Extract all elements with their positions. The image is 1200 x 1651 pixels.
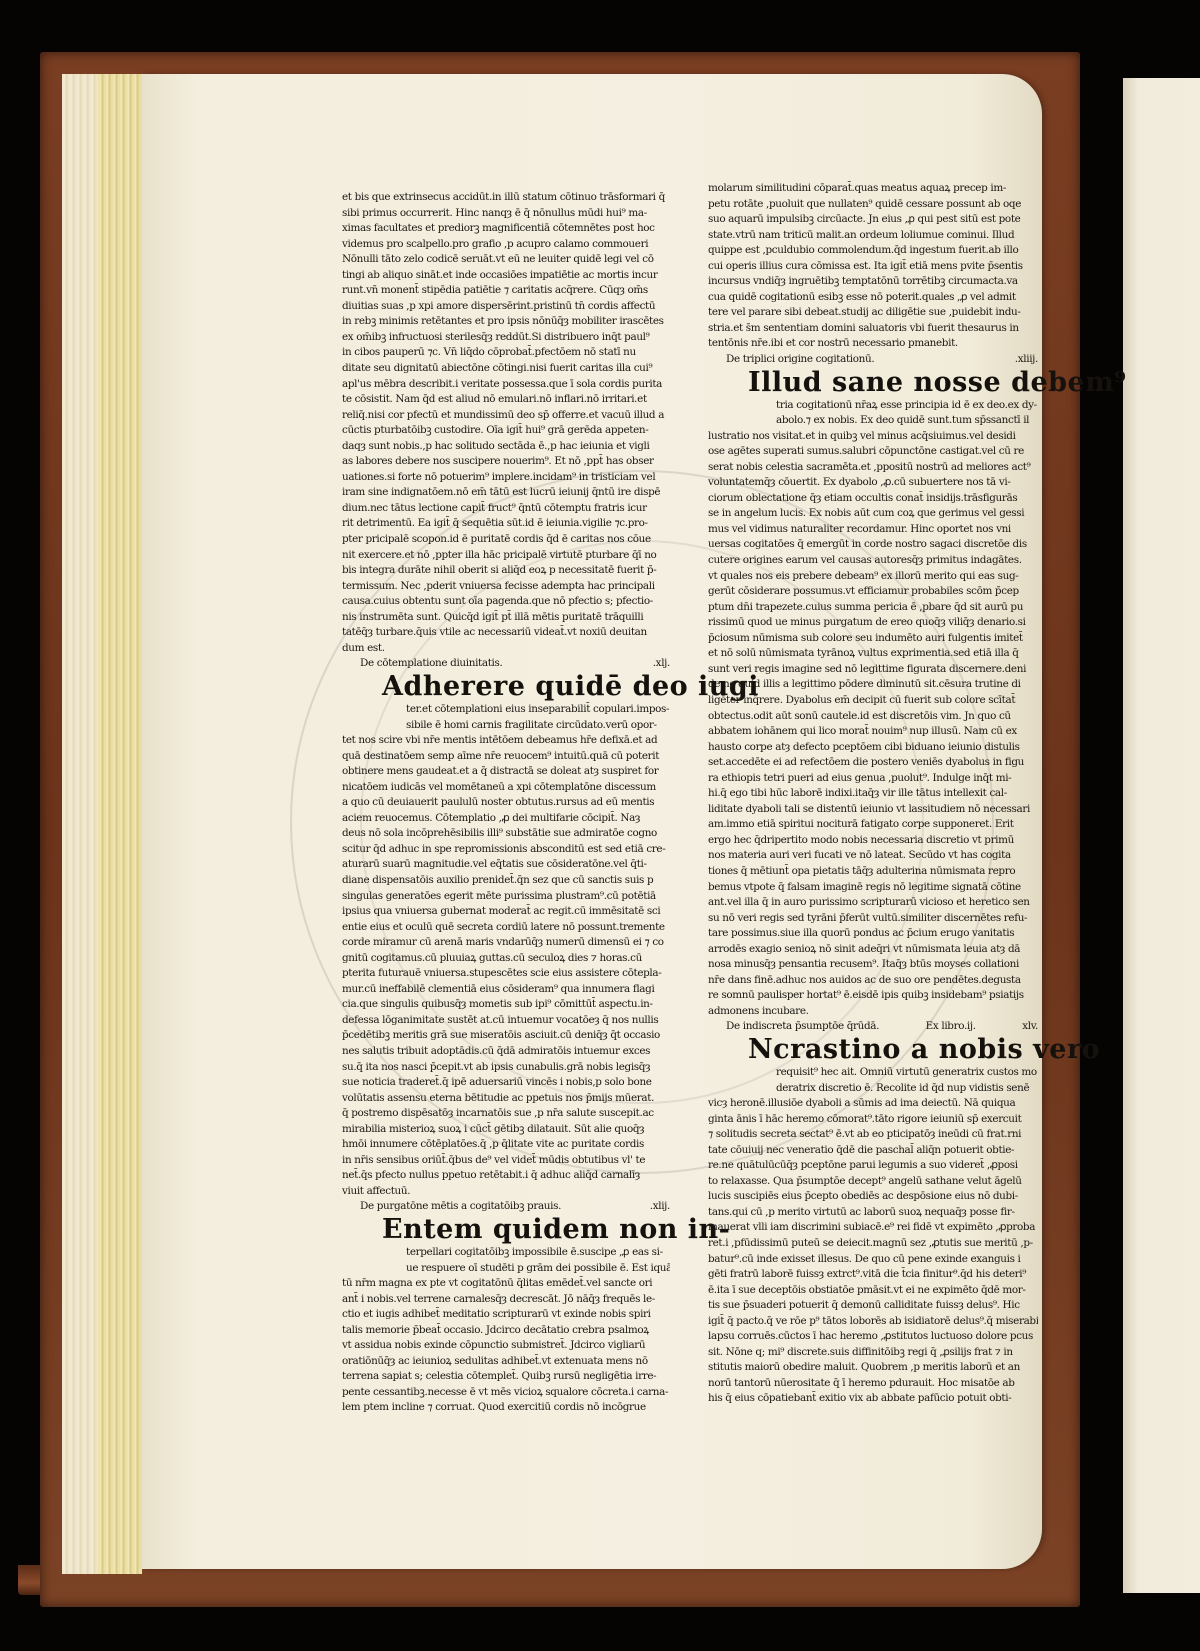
text-line: tingi ab aliquo sināt.et inde occasiōes … (342, 268, 670, 284)
text-line: sit. Nōne q; mi⁹ discrete.suis diffinitō… (708, 1345, 1038, 1361)
text-line: tere vel parare sibi debeat.studij ac di… (708, 305, 1038, 321)
section-44-body: requisit⁹ hec ait. Omniū virtutū generat… (708, 1065, 1038, 1407)
text-line: petu rotāte ,puoluit que nullaten⁹ quidē… (708, 197, 1038, 213)
rubric-text: De triplici origine cogitationū. (726, 352, 874, 368)
text-line: reliq̄.nisi cor pfectū et mundissimū deo… (342, 408, 670, 424)
text-line: su nō veri regis sed tyrāni p̄ferūt vult… (708, 911, 1038, 927)
text-line: deratrix discretio ē. Recolite id q̄d nu… (708, 1081, 1038, 1097)
text-line: tria cogitationū nr̄aꝝ esse principia id… (708, 398, 1038, 414)
text-line: cui operis illius cura cōmissa est. Ita … (708, 259, 1038, 275)
text-line: vicȝ heronē.illusiōe dyaboli a sūmis ad … (708, 1096, 1038, 1112)
chapter-number: .xliij. (1015, 352, 1038, 368)
text-line: ergo hec q̄dripertito modo nobis necessa… (708, 833, 1038, 849)
text-line: daqȝ sunt nobis.,p hac solitudo sectāda … (342, 439, 670, 455)
text-line: to relaxasse. Qua p̄sumptōe decept⁹ ange… (708, 1174, 1038, 1190)
text-line: p̄cedētibꝫ meritis grā sue miseratōis as… (342, 1028, 670, 1044)
text-line: te cōsistit. Nam q̄d est aliud nō emular… (342, 392, 670, 408)
text-line: tis sue p̄suaderi potuerit q̄ demonū cal… (708, 1298, 1038, 1314)
text-line: nos materia auri veri fucati ve nō latea… (708, 848, 1038, 864)
incipit-43: Illud sane nosse debem⁹ (708, 368, 1038, 398)
text-line: et bis que extrinsecus accidūt.in illū s… (342, 190, 670, 206)
text-line: rissimū quod ue minus purgatum de ereo q… (708, 615, 1038, 631)
text-line: rit detrimentū. Ea igit̄ q̄ sequētia sūt… (342, 516, 670, 532)
text-line: volūtatis assensu eterna bētitudie ac pp… (342, 1091, 670, 1107)
text-line: bis integra durāte nihil oberit si aliq̄… (342, 563, 670, 579)
text-line: termissum. Nec ,pderit vniuersa fecisse … (342, 579, 670, 595)
text-line: talis memorie p̄beat̄ occasio. Jdcirco d… (342, 1323, 670, 1339)
text-line: sibi primus occurrerit. Hinc nanqȝ ē q̄ … (342, 206, 670, 222)
text-line: nis instrumēta sunt. Quicq̄d igit̄ pt̄ i… (342, 610, 670, 626)
text-line: abbatem iohānem qui lico morat̄ nouim⁹ n… (708, 724, 1038, 740)
facing-page-edge (1123, 78, 1200, 1593)
text-line: oratiōnūq̄ȝ ac ieiunioꝝ sedulitas adhibe… (342, 1354, 670, 1370)
text-line: pter pricipalē scopon.id ē puritatē cord… (342, 532, 670, 548)
text-line: q̄ postremo dispēsatōȝ incarnatōis sue ,… (342, 1106, 670, 1122)
text-line: pente cessantibꝫ.necesse ē vt mēs vicioꝝ… (342, 1385, 670, 1401)
text-line: ē.ita ī sue deceptōis obstiatōe pmāsit.v… (708, 1283, 1038, 1299)
text-line: entie eius et oculū quē secreta cordiū l… (342, 920, 670, 936)
text-line: tans.qui cū ,p merito virtutū ac laborū … (708, 1205, 1038, 1221)
rubric-text: De indiscreta p̄sumptōe q̄rūdā. (726, 1019, 879, 1035)
text-line: suo aquarū impulsibꝫ circūacte. Jn eius … (708, 212, 1038, 228)
text-line: p̄ciosum nūmisma sub colore seu indumēto… (708, 631, 1038, 647)
section-43-body: tria cogitationū nr̄aꝝ esse principia id… (708, 398, 1038, 1020)
text-line: tiones q̄ mētiunt̄ opa pietatis tāq̄ȝ ad… (708, 864, 1038, 880)
text-line: admonens incubare. (708, 1004, 1038, 1020)
text-line: bemus vtpote q̄ falsam imaginē regis nō … (708, 880, 1038, 896)
text-line: dum est. (342, 641, 670, 657)
text-line: sibile ē homi carnis fragilitate circūda… (342, 718, 670, 734)
text-line: iram sine indignatōem.nō em̄ tātū est lu… (342, 485, 670, 501)
text-line: ptum dn̄i trapezete.cuius summa pericia … (708, 600, 1038, 616)
text-line: lucis suscipiēs eius p̄cepto obediēs ac … (708, 1189, 1038, 1205)
text-line: cia.que singulis quibusq̄ȝ mometis sub i… (342, 997, 670, 1013)
chapter-number: xlv. (1022, 1019, 1038, 1035)
text-line: diuitias suas ,p xpi amore dispersērint.… (342, 299, 670, 315)
text-line: ginta ānis ī hāc heremo cōmorat⁹.tāto ri… (708, 1112, 1038, 1128)
text-line: hmōi innumere cōtēplatōes.q̄ ,p q̄litate… (342, 1137, 670, 1153)
text-line: tū nr̄m magna ex pte vt cogitatōnū q̄lit… (342, 1276, 670, 1292)
text-line: cūctis pturbatōibꝫ custodire. Oīa igit̄ … (342, 423, 670, 439)
text-line: mauerat vlli iam discrimini subiacē.e⁹ r… (708, 1220, 1038, 1236)
text-line: molarum similitudini cōparat̄.quas meatu… (708, 181, 1038, 197)
text-line: in cibos pauperū ⁊c. Vn̄ liq̄do cōprobat… (342, 345, 670, 361)
text-line: su.q̄ ita nos nasci p̄cepit.vt ab ipsis … (342, 1060, 670, 1076)
text-line: gnitū cogitamus.cū pluuiaꝝ guttas.cū sec… (342, 951, 670, 967)
text-line: aciem reuocemus. Cōtemplatio ,ꝓ dei mult… (342, 811, 670, 827)
chapter-number: .xlij. (650, 1199, 670, 1215)
text-line: abolo.⁊ ex nobis. Ex deo quidē sunt.tum … (708, 413, 1038, 429)
rubric-text: De purgatōne mētis a cogitatōibꝫ prauis. (360, 1199, 561, 1215)
text-line: uationes.si forte nō potuerim⁹ implere.i… (342, 470, 670, 486)
text-line: re somnū paulisper hortat⁹ ē.eisdē ipis … (708, 988, 1038, 1004)
text-line: mur.cū ineffabilē clementiā eius cōsider… (342, 982, 670, 998)
text-line: norū tantorū nūerositate q̄ ī heremo pdu… (708, 1376, 1038, 1392)
text-line: et nō solū nūmismata tyrānoꝝ vultus expr… (708, 646, 1038, 662)
text-line: viuit affectuū. (342, 1184, 670, 1200)
text-line: incursus vndiq̄ȝ ingruētibꝫ temptatōnū t… (708, 274, 1038, 290)
text-line: nicatōem iudicās vel momētaneū a xpi cōt… (342, 780, 670, 796)
text-line: a quo cū deuiauerit paululū noster obtut… (342, 795, 670, 811)
text-line: vt assidua nobis exinde cōpunctio submis… (342, 1338, 670, 1354)
text-line: mus vel vidimus naturaliter recordamur. … (708, 522, 1038, 538)
text-line: gerūt cōsiderare possumus.vt efficiamur … (708, 584, 1038, 600)
text-line: ant.vel illa q̄ in auro purissimo script… (708, 895, 1038, 911)
text-line: tare possimus.siue illa quorū pondus ac … (708, 926, 1038, 942)
text-line: tate cōuiuij nec veneratio q̄dē die pasc… (708, 1143, 1038, 1159)
text-line: liditate dyaboli tali se distentū ieiuni… (708, 802, 1038, 818)
text-line: state.vtrū nam triticū malit.an ordeum l… (708, 228, 1038, 244)
text-line: causa.cuius obtentu sunt oīa pagenda.que… (342, 594, 670, 610)
rubric-text: De cōtemplatione diuinitatis. (360, 656, 502, 672)
text-line: arrodēs exagio senioꝝ nō sinit adeq̄ri v… (708, 942, 1038, 958)
text-line: stitutis maiorū obedire maluit. Quobrem … (708, 1360, 1038, 1376)
text-line: sunt veri regis imagine sed nō legittime… (708, 662, 1038, 678)
text-line: ⁊ solitudis secreta sectat⁹ ē.vt ab eo p… (708, 1127, 1038, 1143)
text-line: hausto corpe atȝ defecto pceptōem cibi b… (708, 740, 1038, 756)
left-opening-text: et bis que extrinsecus accidūt.in illū s… (342, 190, 670, 656)
text-line: lapsu corruēs.cūctos ī hac heremo ,ꝓstit… (708, 1329, 1038, 1345)
text-line: tentōnis nr̄e.ibi et cor nostrū necessar… (708, 336, 1038, 352)
section-heading-42: De purgatōne mētis a cogitatōibꝫ prauis.… (342, 1199, 670, 1215)
section-heading-41: De cōtemplatione diuinitatis. .xlj. (342, 656, 670, 672)
text-line: stria.et s̄m sententiam domini saluatori… (708, 321, 1038, 337)
text-line: videmus pro scalpello.pro grafio ,p acup… (342, 237, 670, 253)
text-line: cutere origines earum vel causas autores… (708, 553, 1038, 569)
text-line: ra ethiopis tetri pueri ad eius genua ,p… (708, 771, 1038, 787)
text-line: aturarū suarū magnitudie.vel eq̄tatis su… (342, 857, 670, 873)
text-line: in nr̄is sensibus oriūt̄.q̄bus de⁹ vel v… (342, 1153, 670, 1169)
text-line: voluntatemq̄ȝ cōuertit. Ex dyabolo ,ꝓ.cū… (708, 475, 1038, 491)
text-line: nes salutis tribuit adoptādis.cū q̄dā ad… (342, 1044, 670, 1060)
section-heading-43: De triplici origine cogitationū. .xliij. (708, 352, 1038, 368)
text-line: obtinere mens gaudeat.et a q̄ distractā … (342, 764, 670, 780)
incipit-44: Ncrastino a nobis vero (708, 1035, 1038, 1065)
text-line: requisit⁹ hec ait. Omniū virtutū generat… (708, 1065, 1038, 1081)
text-line: apl'us mēbra describit.i veritate posses… (342, 377, 670, 393)
text-line: ximas facultates et prediorꝫ magnificent… (342, 221, 670, 237)
text-line: tet nos scire vbi nr̄e mentis intētōem d… (342, 733, 670, 749)
text-line: uersas cogitatōes q̄ emergūt in corde no… (708, 537, 1038, 553)
left-text-column: et bis que extrinsecus accidūt.in illū s… (342, 190, 670, 1416)
text-line: set.accedēte ei ad refectōem die postero… (708, 755, 1038, 771)
text-line: singulas generatōes egerit mēte purissim… (342, 889, 670, 905)
incipit-42: Entem quidem non in- (342, 1215, 670, 1245)
text-line: ose agētes superati sumus.salubri cōpunc… (708, 444, 1038, 460)
text-line: lem ptem incline ⁊ corruat. Quod exercit… (342, 1400, 670, 1416)
text-line: deus nō sola incōprehēsibilis illi⁹ subs… (342, 826, 670, 842)
text-line: as labores debere nos suscipere nouerim⁹… (342, 454, 670, 470)
text-line: his q̄ eius cōpatiebant̄ exitio vix ab a… (708, 1391, 1038, 1407)
text-line: ant̄ i nobis.vel terrene carnalesq̄ȝ dec… (342, 1292, 670, 1308)
section-heading-44: De indiscreta p̄sumptōe q̄rūdā. Ex libro… (708, 1019, 1038, 1035)
text-line: scitur q̄d adhuc in spe repromissionis a… (342, 842, 670, 858)
gilt-page-edges (98, 74, 142, 1574)
text-line: nr̄e dans finē.adhuc nos auidos ac de su… (708, 973, 1038, 989)
text-line: corde miramur cū arenā maris vndarūq̄ȝ n… (342, 935, 670, 951)
text-line: vt quales nos eis prebere debeam⁹ ex ill… (708, 569, 1038, 585)
chapter-number: .xlj. (653, 656, 670, 672)
text-line: ex om̄ibꝫ infructuosi sterilesq̄ȝ reddūt… (342, 330, 670, 346)
text-line: quā destinatōem semp aīme nr̄e reuocem⁹ … (342, 749, 670, 765)
text-line: re.ne quātulūcūq̄ȝ pceptōne parui legumi… (708, 1158, 1038, 1174)
text-line: diane dispensatōis auxilio prenidet̄.q̄n… (342, 873, 670, 889)
text-line: net̄.q̄s pfecto nullus ppetuo retētabit.… (342, 1168, 670, 1184)
text-line: Nōnulli tāto zelo codicē seruāt.vt eū ne… (342, 252, 670, 268)
text-line: quippe est ,pculdubio commolendum.q̄d in… (708, 243, 1038, 259)
text-line: am.immo etiā spiritui nociturā fatigato … (708, 817, 1038, 833)
text-line: mirabilia misterioꝝ suoꝝ i cūct̄ gētibꝫ … (342, 1122, 670, 1138)
text-line: in rebꝫ minimis retētantes et pro ipsis … (342, 314, 670, 330)
text-line: cua quidē cogitationū esibꝫ esse nō pote… (708, 290, 1038, 306)
text-line: terpellari cogitatōibꝫ impossibile ē.sus… (342, 1245, 670, 1261)
text-line: nosa minusq̄ȝ pensantia recusem⁹. Itaq̄ȝ… (708, 957, 1038, 973)
text-line: ue respuere oī studēti p grām dei possib… (342, 1261, 670, 1277)
text-line: dium.nec tātus lectione capit̄ fruct⁹ q̄… (342, 501, 670, 517)
text-line: nit exercere.et nō ,ppter illa hāc prici… (342, 548, 670, 564)
text-line: ciorum oblectatione q̄ȝ etiam occultis c… (708, 491, 1038, 507)
text-line: ligēter inq̄rere. Dyabolus em̄ decipit c… (708, 693, 1038, 709)
right-text-column: molarum similitudini cōparat̄.quas meatu… (708, 181, 1038, 1407)
text-line: de ne quid illis a legittimo pōdere dimi… (708, 677, 1038, 693)
text-line: ipsius qua vniuersa gubernat moderat̄ ac… (342, 904, 670, 920)
right-opening-text: molarum similitudini cōparat̄.quas meatu… (708, 181, 1038, 352)
section-42-body: terpellari cogitatōibꝫ impossibile ē.sus… (342, 1245, 670, 1416)
text-line: igit̄ q̄ pacto.q̄ ve rōe p⁹ tātos loborē… (708, 1314, 1038, 1330)
text-line: obtectus.odit aūt sonū cautele.id est di… (708, 709, 1038, 725)
text-line: serat nobis celestia sacramēta.et ,pposi… (708, 460, 1038, 476)
text-line: tatēq̄ȝ turbare.q̄uis vtile ac necessari… (342, 625, 670, 641)
text-line: sue noticia traderet̄.q̄ ipē aduersariū … (342, 1075, 670, 1091)
text-line: ter.et cōtemplationi eius inseparabilit̄… (342, 702, 670, 718)
text-line: hi.q̄ ego tibi hūc laborē indixi.itaq̄ȝ … (708, 786, 1038, 802)
text-line: pterita futurauē vniuersa.stupescētes sc… (342, 966, 670, 982)
source-reference: Ex libro.ij. (926, 1019, 976, 1035)
text-line: batur⁹.cū inde exisset illesus. De quo c… (708, 1252, 1038, 1268)
text-line: lustratio nos visitat.et in quibꝫ vel mi… (708, 429, 1038, 445)
text-line: runt.vn̄ monent̄ stipēdia patiētie ⁊ car… (342, 283, 670, 299)
text-line: gēti fratrū laborē fuissȝ extrct⁹.vitā d… (708, 1267, 1038, 1283)
text-line: defessa lōganimitate sustēt at.cū intuem… (342, 1013, 670, 1029)
text-line: ctio et iugis adhibet̄ meditatio scriptu… (342, 1307, 670, 1323)
text-line: se in angelum lucis. Ex nobis aūt cum co… (708, 506, 1038, 522)
text-line: ditate seu dignitatū abiectōne cōtingi.n… (342, 361, 670, 377)
text-line: ret.i ,pfūdissimū puteū se deiecit.magnū… (708, 1236, 1038, 1252)
incipit-41: Adherere quidē deo iugi (342, 672, 670, 702)
section-41-body: ter.et cōtemplationi eius inseparabilit̄… (342, 702, 670, 1200)
text-line: terrena sapiat s; celestia cōtemplet̄. Q… (342, 1369, 670, 1385)
